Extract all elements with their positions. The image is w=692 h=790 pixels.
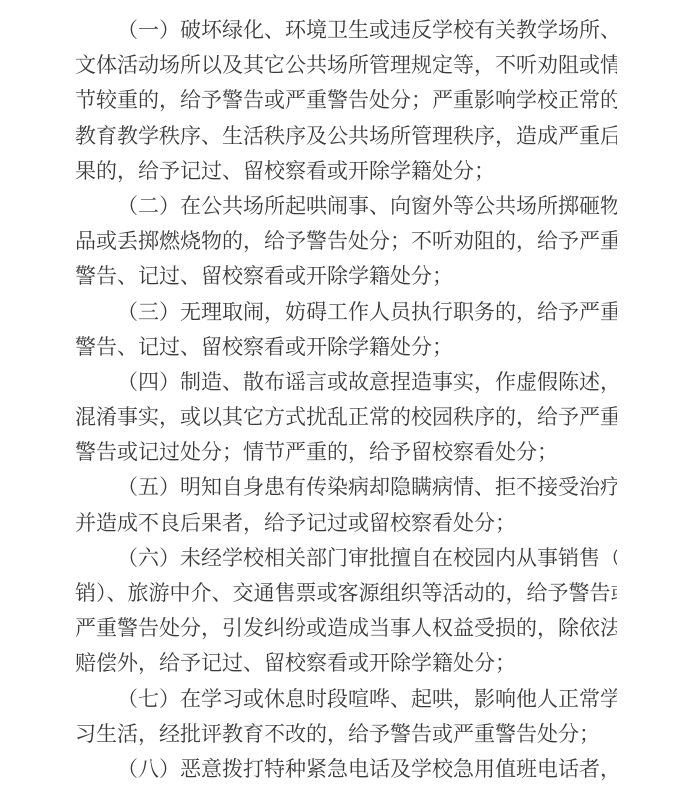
document-body: （一）破坏绿化、环境卫生或违反学校有关教学场所、文体活动场所以及其它公共场所管理…	[0, 0, 692, 787]
text-line: 文体活动场所以及其它公共场所管理规定等，不听劝阻或情	[75, 48, 617, 83]
paragraph-item-2: （二）在公共场所起哄闹事、向窗外等公共场所掷砸物品或丢掷燃烧物的，给予警告处分；…	[75, 189, 617, 295]
text-line: 习生活，经批评教育不改的，给予警告或严重警告处分；	[75, 717, 617, 752]
paragraph-item-3: （三）无理取闹，妨碍工作人员执行职务的，给予严重警告、记过、留校察看或开除学籍处…	[75, 295, 617, 365]
document-page: （一）破坏绿化、环境卫生或违反学校有关教学场所、文体活动场所以及其它公共场所管理…	[0, 0, 692, 790]
text-line: 销）、旅游中介、交通售票或客源组织等活动的，给予警告或	[75, 576, 617, 611]
paragraph-item-7: （七）在学习或休息时段喧哗、起哄，影响他人正常学习生活，经批评教育不改的，给予警…	[75, 682, 617, 752]
text-line: 警告、记过、留校察看或开除学籍处分；	[75, 330, 617, 365]
text-line: （七）在学习或休息时段喧哗、起哄，影响他人正常学	[75, 682, 617, 717]
text-line: （八）恶意拨打特种紧急电话及学校急用值班电话者，	[75, 752, 617, 787]
paragraph-item-4: （四）制造、散布谣言或故意捏造事实，作虚假陈述，混淆事实，或以其它方式扰乱正常的…	[75, 365, 617, 471]
text-line: （一）破坏绿化、环境卫生或违反学校有关教学场所、	[75, 13, 617, 48]
paragraph-item-1: （一）破坏绿化、环境卫生或违反学校有关教学场所、文体活动场所以及其它公共场所管理…	[75, 13, 617, 189]
text-line: 节较重的，给予警告或严重警告处分；严重影响学校正常的	[75, 83, 617, 118]
paragraph-item-8: （八）恶意拨打特种紧急电话及学校急用值班电话者，	[75, 752, 617, 787]
text-line: 赔偿外，给予记过、留校察看或开除学籍处分；	[75, 646, 617, 681]
text-line: （五）明知自身患有传染病却隐瞒病情、拒不接受治疗	[75, 470, 617, 505]
text-line: 警告或记过处分；情节严重的，给予留校察看处分；	[75, 435, 617, 470]
paragraph-item-6: （六）未经学校相关部门审批擅自在校园内从事销售（推销）、旅游中介、交通售票或客源…	[75, 541, 617, 682]
text-line: 果的，给予记过、留校察看或开除学籍处分；	[75, 154, 617, 189]
text-line: （三）无理取闹，妨碍工作人员执行职务的，给予严重	[75, 295, 617, 330]
paragraph-item-5: （五）明知自身患有传染病却隐瞒病情、拒不接受治疗并造成不良后果者，给予记过或留校…	[75, 470, 617, 540]
text-line: 品或丢掷燃烧物的，给予警告处分；不听劝阻的，给予严重	[75, 224, 617, 259]
text-line: 并造成不良后果者，给予记过或留校察看处分；	[75, 506, 617, 541]
text-line: 混淆事实，或以其它方式扰乱正常的校园秩序的，给予严重	[75, 400, 617, 435]
text-line: （六）未经学校相关部门审批擅自在校园内从事销售（推	[75, 541, 617, 576]
text-line: （二）在公共场所起哄闹事、向窗外等公共场所掷砸物	[75, 189, 617, 224]
text-line: 警告、记过、留校察看或开除学籍处分；	[75, 259, 617, 294]
text-line: 严重警告处分，引发纠纷或造成当事人权益受损的，除依法	[75, 611, 617, 646]
text-line: 教育教学秩序、生活秩序及公共场所管理秩序，造成严重后	[75, 119, 617, 154]
text-line: （四）制造、散布谣言或故意捏造事实，作虚假陈述，	[75, 365, 617, 400]
